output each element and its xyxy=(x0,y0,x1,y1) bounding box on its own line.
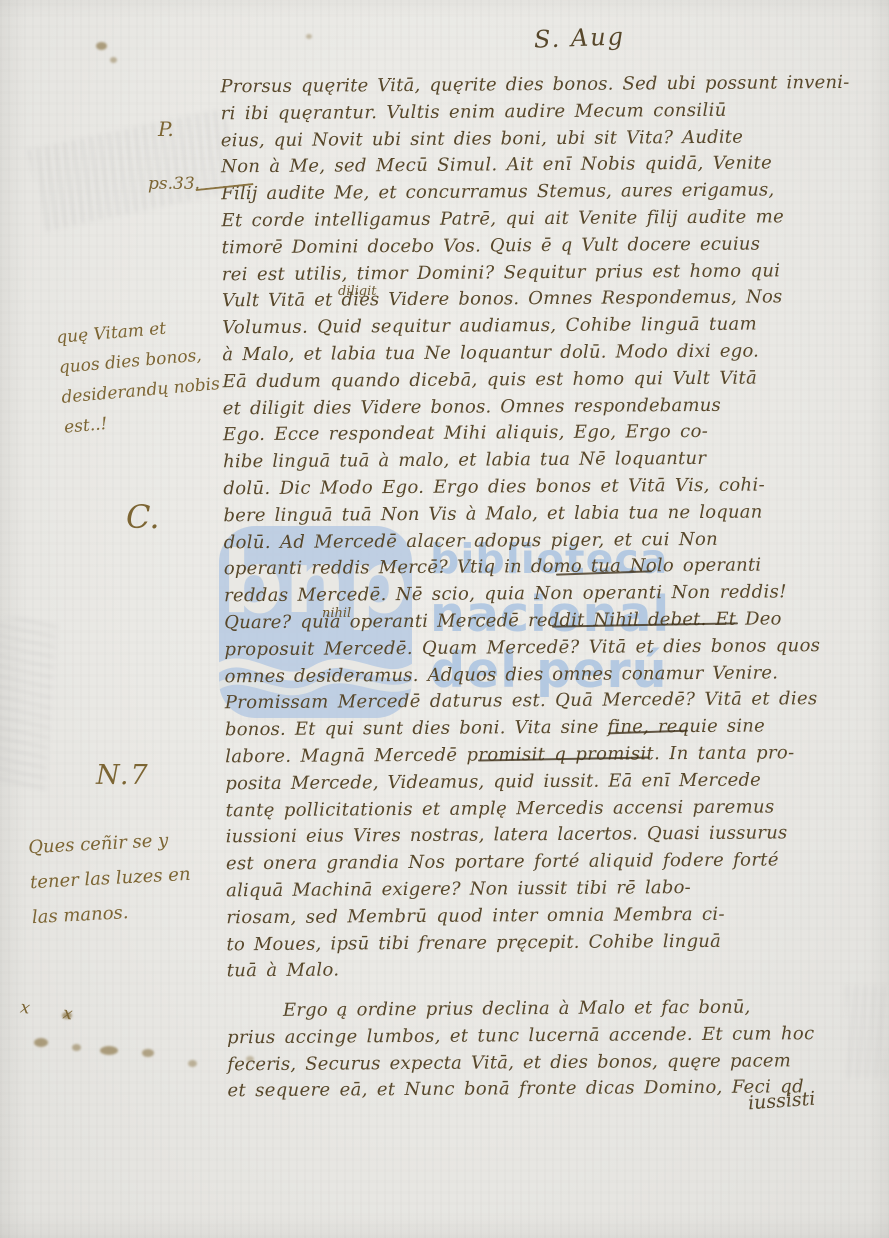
ink-stain xyxy=(96,42,107,50)
margin-x-marks: x x xyxy=(19,997,88,1026)
margin-letter-p: P. xyxy=(158,117,174,141)
ink-stain xyxy=(100,1046,118,1055)
margin-note-latin: quę Vitam etquos dies bonos,desiderandų … xyxy=(55,309,224,442)
ink-stain xyxy=(110,57,117,63)
ink-stain xyxy=(188,1060,197,1067)
ink-stain xyxy=(306,34,312,39)
manuscript-line: Et corde intelligamus Patrē, qui ait Ven… xyxy=(221,204,873,235)
ink-stain xyxy=(72,1044,81,1051)
margin-note-spanish: Ques ceñir se ytener las luzes enlas man… xyxy=(27,822,193,935)
manuscript-line: Vult Vitā et dies Videre bonos. Omnes Re… xyxy=(222,284,874,315)
ink-stain xyxy=(142,1049,154,1057)
margin-note-line: las manos. xyxy=(31,892,193,935)
interlinear-note: nihil xyxy=(322,606,351,621)
margin-psalm-reference: ps.33. xyxy=(148,174,200,194)
manuscript-line: proposuit Mercedē. Quam Mercedē? Vitā et… xyxy=(224,632,876,663)
manuscript-line: labore. Magnā Mercedē promisit q promisi… xyxy=(225,740,877,771)
margin-letter-c: C. xyxy=(126,498,160,536)
manuscript-line: prius accinge lumbos, et tunc lucernā ac… xyxy=(227,1021,879,1052)
ink-stain xyxy=(34,1038,48,1047)
manuscript-body: Prorsus quęrite Vitā, quęrite dies bonos… xyxy=(220,70,879,1106)
bleedthrough-text xyxy=(0,616,58,790)
manuscript-page: bnp bibliotecanacionaldel perú S. Aug Pr… xyxy=(0,0,889,1238)
interlinear-note: diligit xyxy=(338,284,377,299)
manuscript-line: iussioni eius Vires nostras, latera lace… xyxy=(226,820,878,851)
margin-number-mark: N.7 xyxy=(96,760,150,791)
manuscript-line: Prorsus quęrite Vitā, quęrite dies bonos… xyxy=(220,70,872,101)
manuscript-line: tuā à Malo. xyxy=(227,954,879,985)
manuscript-line: Promissam Mercedē daturus est. Quā Merce… xyxy=(225,686,877,717)
bleedthrough-text xyxy=(27,108,240,232)
catchword: iussisti xyxy=(747,1088,816,1115)
page-heading: S. Aug xyxy=(534,22,626,53)
